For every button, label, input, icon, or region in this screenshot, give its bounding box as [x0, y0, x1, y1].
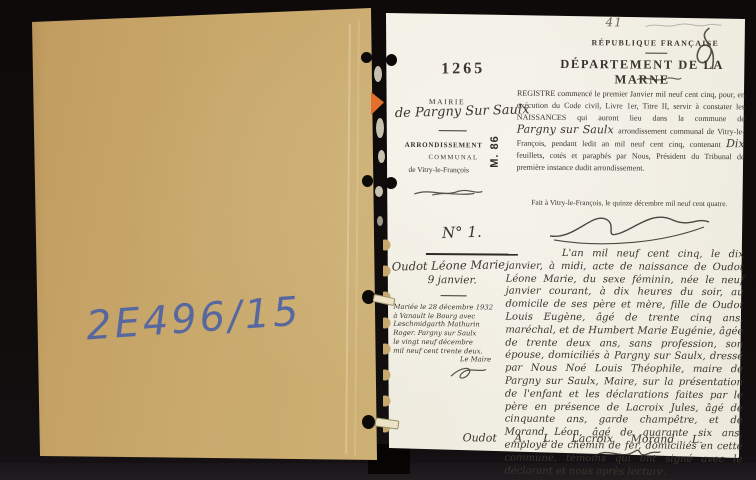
republique-heading: RÉPUBLIQUE FRANÇAISE — [565, 38, 745, 48]
registre-print-1: REGISTRE commencé le premier Janvier mil… — [517, 89, 745, 124]
margin-note-line: mil neuf cent trente deux. — [393, 346, 505, 355]
act-number: N° 1. — [442, 223, 482, 242]
folio-number-pencil: 41 — [605, 15, 622, 29]
margin-note-line: le vingt neuf décembre — [393, 338, 505, 347]
punch-hole — [361, 52, 372, 63]
divider-rule — [645, 53, 667, 54]
arrondissement-label: ARRONDISSEMENT — [405, 141, 483, 150]
act-margin-name: Oudot Léone Marie, — [392, 257, 524, 274]
glue-blob — [377, 216, 383, 226]
registre-paragraph: REGISTRE commencé le premier Janvier mil… — [516, 88, 745, 176]
mairie-commune-handwritten: de Pargny Sur Saulx — [395, 102, 525, 121]
glue-blob — [375, 186, 383, 197]
arrondissement-commune: de Vitry-le-François — [408, 165, 468, 174]
punch-hole — [362, 175, 373, 187]
register-scan: 2E496/15 41 RÉPUBLIQUE FRANÇAISE 1265 DÉ… — [0, 0, 756, 480]
departement-heading: DÉPARTEMENT DE LA MARNE — [533, 57, 751, 89]
flourish-icon — [412, 187, 484, 199]
punch-hole — [362, 415, 375, 429]
registre-commune-handwritten: Pargny sur Saulx — [517, 123, 619, 137]
communal-label: COMMUNAL — [429, 154, 479, 161]
glue-blob — [378, 150, 385, 163]
side-stamp-number: M. 86 — [489, 135, 501, 168]
registre-feuillets-handwritten: Dix — [726, 137, 745, 150]
bookmark-triangle — [371, 92, 384, 115]
closing-flourish-icon — [590, 444, 662, 463]
divider-rule — [441, 295, 467, 296]
stamp-number: 1265 — [441, 60, 485, 78]
page-content: 41 RÉPUBLIQUE FRANÇAISE 1265 DÉPARTEMENT… — [384, 11, 743, 461]
glue-blob — [374, 66, 382, 82]
act-margin-date: 9 janvier. — [428, 274, 477, 286]
act-margin-note: Mariée le 28 décembre 1932 à Vanault le … — [393, 303, 505, 365]
divider-rule — [439, 130, 467, 131]
glue-blob — [376, 118, 384, 138]
registre-print-3: feuillets, cotés et paraphés par Nous, P… — [516, 151, 744, 173]
mayor-paraph-icon — [447, 363, 489, 383]
act-underline — [426, 253, 518, 255]
act-signatures: Oudot A. L. Lacroix Morand L. — [463, 431, 703, 446]
margin-note-line: Mariée le 28 décembre 1932 — [393, 303, 505, 312]
header-squiggle-icon — [635, 74, 683, 83]
president-signature-icon — [544, 206, 716, 251]
